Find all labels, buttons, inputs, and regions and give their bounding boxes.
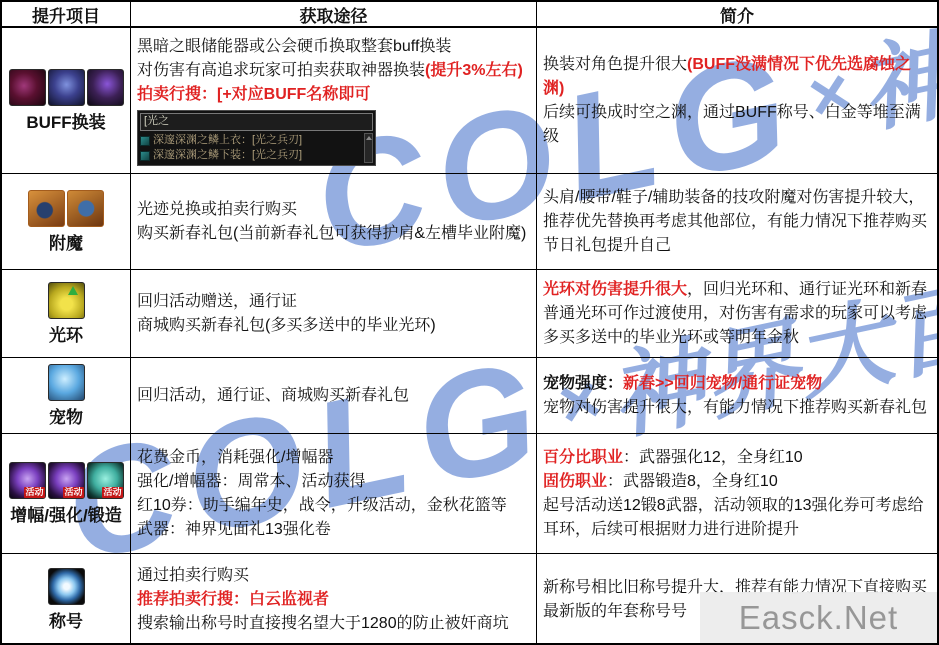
- text-segment: 起号活动送12锻8武器，活动领取的13强化券可考虑给耳环，后续可根据财力进行进阶…: [543, 497, 924, 538]
- text-segment: 强化/增幅器：周常本、活动获得: [137, 473, 365, 490]
- text-line: 对伤害有高追求玩家可拍卖获取神器换装(提升3%左右): [137, 59, 530, 83]
- text-line: 固伤职业：武器锻造8，全身红10: [543, 470, 931, 494]
- text-segment: 光环对伤害提升很大: [543, 281, 687, 298]
- text-segment: 头肩/腰带/鞋子/辅助装备的技攻附魔对伤害提升较大，推荐优先替换再考虑其他部位，…: [543, 189, 927, 254]
- item-icons: [9, 69, 124, 106]
- table-row: 光环回归活动赠送，通行证商城购买新春礼包(多买多送中的毕业光环)光环对伤害提升很…: [2, 270, 937, 358]
- item-label: BUFF换装: [26, 113, 105, 132]
- item-label: 光环: [49, 326, 83, 345]
- text-line: 光环对伤害提升很大，回归光环和、通行证光环和新春普通光环可作过渡使用，对伤害有需…: [543, 278, 931, 350]
- table-header-row: 提升项目 获取途径 简介: [2, 2, 937, 28]
- text-segment: 通过拍卖行购买: [137, 567, 249, 584]
- acquire-cell: 黑暗之眼储能器或公会硬币换取整套buff换装对伤害有高追求玩家可拍卖获取神器换装…: [131, 28, 537, 173]
- intro-cell: 光环对伤害提升很大，回归光环和、通行证光环和新春普通光环可作过渡使用，对伤害有需…: [537, 270, 937, 357]
- acquire-cell: 回归活动赠送，通行证商城购买新春礼包(多买多送中的毕业光环): [131, 270, 537, 357]
- text-segment: 百分比职业: [543, 449, 623, 466]
- pet-icon: [48, 364, 85, 401]
- text-segment: 新春>>回归宠物/通行证宠物: [623, 375, 822, 392]
- item-icons: [28, 190, 104, 227]
- text-line: 拍卖行搜：[+对应BUFF名称即可: [137, 83, 530, 107]
- event-badge: 活动: [102, 487, 122, 498]
- easck-watermark: Easck.Net: [700, 592, 937, 643]
- item-label: 附魔: [49, 234, 83, 253]
- event-badge: 活动: [24, 487, 44, 498]
- text-segment: 武器：神界见面礼13强化卷: [137, 521, 331, 538]
- text-line: 搜索输出称号时直接搜名望大于1280的防止被奸商坑: [137, 612, 530, 636]
- text-line: 购买新春礼包(当前新春礼包可获得护肩&左槽毕业附魔): [137, 222, 530, 246]
- aura-icon: [48, 282, 85, 319]
- text-line: 强化/增幅器：周常本、活动获得: [137, 470, 530, 494]
- text-segment: 回归活动赠送，通行证: [137, 293, 297, 310]
- item-label: 增幅/强化/锻造: [10, 506, 121, 525]
- text-segment: ：武器锻造8，全身红10: [607, 473, 778, 490]
- text-segment: 对伤害有高追求玩家可拍卖获取神器换装: [137, 62, 425, 79]
- text-segment: 红10券：助手编年史，战令，升级活动，金秋花篮等: [137, 497, 507, 514]
- intro-cell: 头肩/腰带/鞋子/辅助装备的技攻附魔对伤害提升较大，推荐优先替换再考虑其他部位，…: [537, 174, 937, 269]
- table-row: 活动活动活动增幅/强化/锻造花费金币，消耗强化/增幅器强化/增幅器：周常本、活动…: [2, 434, 937, 554]
- text-line: 头肩/腰带/鞋子/辅助装备的技攻附魔对伤害提升较大，推荐优先替换再考虑其他部位，…: [543, 186, 931, 258]
- auction-item-text: 深邃深渊之鳞上衣：[光之兵刃]: [153, 133, 302, 148]
- guide-table: COLG×神界大百科 COLG×神界大百科 提升项目 获取途径 简介 BUFF换…: [0, 0, 939, 645]
- intro-cell: 百分比职业：武器强化12，全身红10固伤职业：武器锻造8，全身红10起号活动送1…: [537, 434, 937, 553]
- text-line: 黑暗之眼储能器或公会硬币换取整套buff换装: [137, 35, 530, 59]
- table-row: 附魔光迹兑换或拍卖行购买购买新春礼包(当前新春礼包可获得护肩&左槽毕业附魔)头肩…: [2, 174, 937, 270]
- acquire-cell: 通过拍卖行购买推荐拍卖行搜：白云监视者搜索输出称号时直接搜名望大于1280的防止…: [131, 554, 537, 645]
- text-segment: 光迹兑换或拍卖行购买: [137, 201, 297, 218]
- text-segment: 搜索输出称号时直接搜名望大于1280的防止被奸商坑: [137, 615, 509, 632]
- text-line: 起号活动送12锻8武器，活动领取的13强化券可考虑给耳环，后续可根据财力进行进阶…: [543, 494, 931, 542]
- acquire-cell: 回归活动，通行证、商城购买新春礼包: [131, 358, 537, 433]
- item-thumb-icon: [140, 151, 150, 161]
- text-line: 红10券：助手编年史，战令，升级活动，金秋花篮等: [137, 494, 530, 518]
- text-segment: 购买新春礼包(当前新春礼包可获得护肩&左槽毕业附魔): [137, 225, 526, 242]
- text-segment: 固伤职业: [543, 473, 607, 490]
- header-item-column: 提升项目: [2, 2, 131, 27]
- header-intro-column: 简介: [537, 2, 937, 27]
- item-icons: [48, 568, 85, 605]
- text-segment: (提升3%左右): [425, 62, 523, 79]
- item-cell: BUFF换装: [2, 28, 131, 173]
- intro-cell: 换装对角色提升很大(BUFF没满情况下优先选腐蚀之渊)后续可换成时空之渊，通过B…: [537, 28, 937, 173]
- text-segment: 宠物对伤害提升很大，有能力情况下推荐购买新春礼包: [543, 399, 927, 416]
- item-label: 宠物: [49, 408, 83, 427]
- text-segment: 换装对角色提升很大: [543, 56, 687, 73]
- text-segment: 黑暗之眼储能器或公会硬币换取整套buff换装: [137, 38, 451, 55]
- text-segment: 回归活动，通行证、商城购买新春礼包: [137, 387, 409, 404]
- item-cell: 活动活动活动增幅/强化/锻造: [2, 434, 131, 553]
- text-segment: 拍卖行搜：[+对应BUFF名称即可: [137, 86, 370, 103]
- item-cell: 称号: [2, 554, 131, 645]
- text-segment: 花费金币，消耗强化/增幅器: [137, 449, 333, 466]
- text-line: 后续可换成时空之渊，通过BUFF称号、白金等堆至满级: [543, 101, 931, 149]
- auction-result-list: 深邃深渊之鳞上衣：[光之兵刃]深邃深渊之鳞下装：[光之兵刃]: [140, 133, 373, 163]
- forge-orb-icon: 活动: [87, 462, 124, 499]
- text-line: 宠物对伤害提升很大，有能力情况下推荐购买新春礼包: [543, 396, 931, 420]
- item-icons: 活动活动活动: [9, 462, 124, 499]
- text-line: 商城购买新春礼包(多买多送中的毕业光环): [137, 314, 530, 338]
- amplify-orb-icon: 活动: [9, 462, 46, 499]
- auction-item-text: 深邃深渊之鳞下装：[光之兵刃]: [153, 148, 302, 163]
- text-line: 换装对角色提升很大(BUFF没满情况下优先选腐蚀之渊): [543, 53, 931, 101]
- event-badge: 活动: [63, 487, 83, 498]
- header-acquire-column: 获取途径: [131, 2, 537, 27]
- text-segment: 商城购买新春礼包(多买多送中的毕业光环): [137, 317, 436, 334]
- item-cell: 附魔: [2, 174, 131, 269]
- text-segment: 后续可换成时空之渊，通过BUFF称号、白金等堆至满级: [543, 104, 921, 145]
- scrollbar: [364, 133, 373, 163]
- auction-result-item: 深邃深渊之鳞下装：[光之兵刃]: [140, 148, 362, 163]
- item-icons: [48, 364, 85, 401]
- title-emblem-icon: [48, 568, 85, 605]
- item-icons: [48, 282, 85, 319]
- reinforce-orb-icon: 活动: [48, 462, 85, 499]
- acquire-cell: 光迹兑换或拍卖行购买购买新春礼包(当前新春礼包可获得护肩&左槽毕业附魔): [131, 174, 537, 269]
- text-line: 百分比职业：武器强化12，全身红10: [543, 446, 931, 470]
- text-segment: ：武器强化12，全身红10: [623, 449, 803, 466]
- intro-cell: 宠物强度：新春>>回归宠物/通行证宠物宠物对伤害提升很大，有能力情况下推荐购买新…: [537, 358, 937, 433]
- text-line: 推荐拍卖行搜：白云监视者: [137, 588, 530, 612]
- item-cell: 光环: [2, 270, 131, 357]
- item-label: 称号: [49, 612, 83, 631]
- text-segment: 推荐拍卖行搜：白云监视者: [137, 591, 329, 608]
- auction-result-item: 深邃深渊之鳞上衣：[光之兵刃]: [140, 133, 362, 148]
- text-line: 光迹兑换或拍卖行购买: [137, 198, 530, 222]
- buff-weapon-icon: [87, 69, 124, 106]
- enchant-card-icon: [28, 190, 65, 227]
- text-segment: 宠物强度：: [543, 375, 623, 392]
- text-line: 武器：神界见面礼13强化卷: [137, 518, 530, 542]
- text-line: 通过拍卖行购买: [137, 564, 530, 588]
- item-cell: 宠物: [2, 358, 131, 433]
- buff-armor-icon: [48, 69, 85, 106]
- enchant-card-icon-2: [67, 190, 104, 227]
- text-line: 回归活动赠送，通行证: [137, 290, 530, 314]
- table-row: 宠物回归活动，通行证、商城购买新春礼包宠物强度：新春>>回归宠物/通行证宠物宠物…: [2, 358, 937, 434]
- auction-search-screenshot: [光之深邃深渊之鳞上衣：[光之兵刃]深邃深渊之鳞下装：[光之兵刃]: [137, 110, 376, 166]
- buff-boot-icon: [9, 69, 46, 106]
- auction-search-input: [光之: [140, 113, 373, 131]
- text-line: 花费金币，消耗强化/增幅器: [137, 446, 530, 470]
- text-line: 宠物强度：新春>>回归宠物/通行证宠物: [543, 372, 931, 396]
- table-body: BUFF换装黑暗之眼储能器或公会硬币换取整套buff换装对伤害有高追求玩家可拍卖…: [2, 28, 937, 645]
- acquire-cell: 花费金币，消耗强化/增幅器强化/增幅器：周常本、活动获得红10券：助手编年史，战…: [131, 434, 537, 553]
- text-line: 回归活动，通行证、商城购买新春礼包: [137, 384, 530, 408]
- table-row: BUFF换装黑暗之眼储能器或公会硬币换取整套buff换装对伤害有高追求玩家可拍卖…: [2, 28, 937, 174]
- item-thumb-icon: [140, 136, 150, 146]
